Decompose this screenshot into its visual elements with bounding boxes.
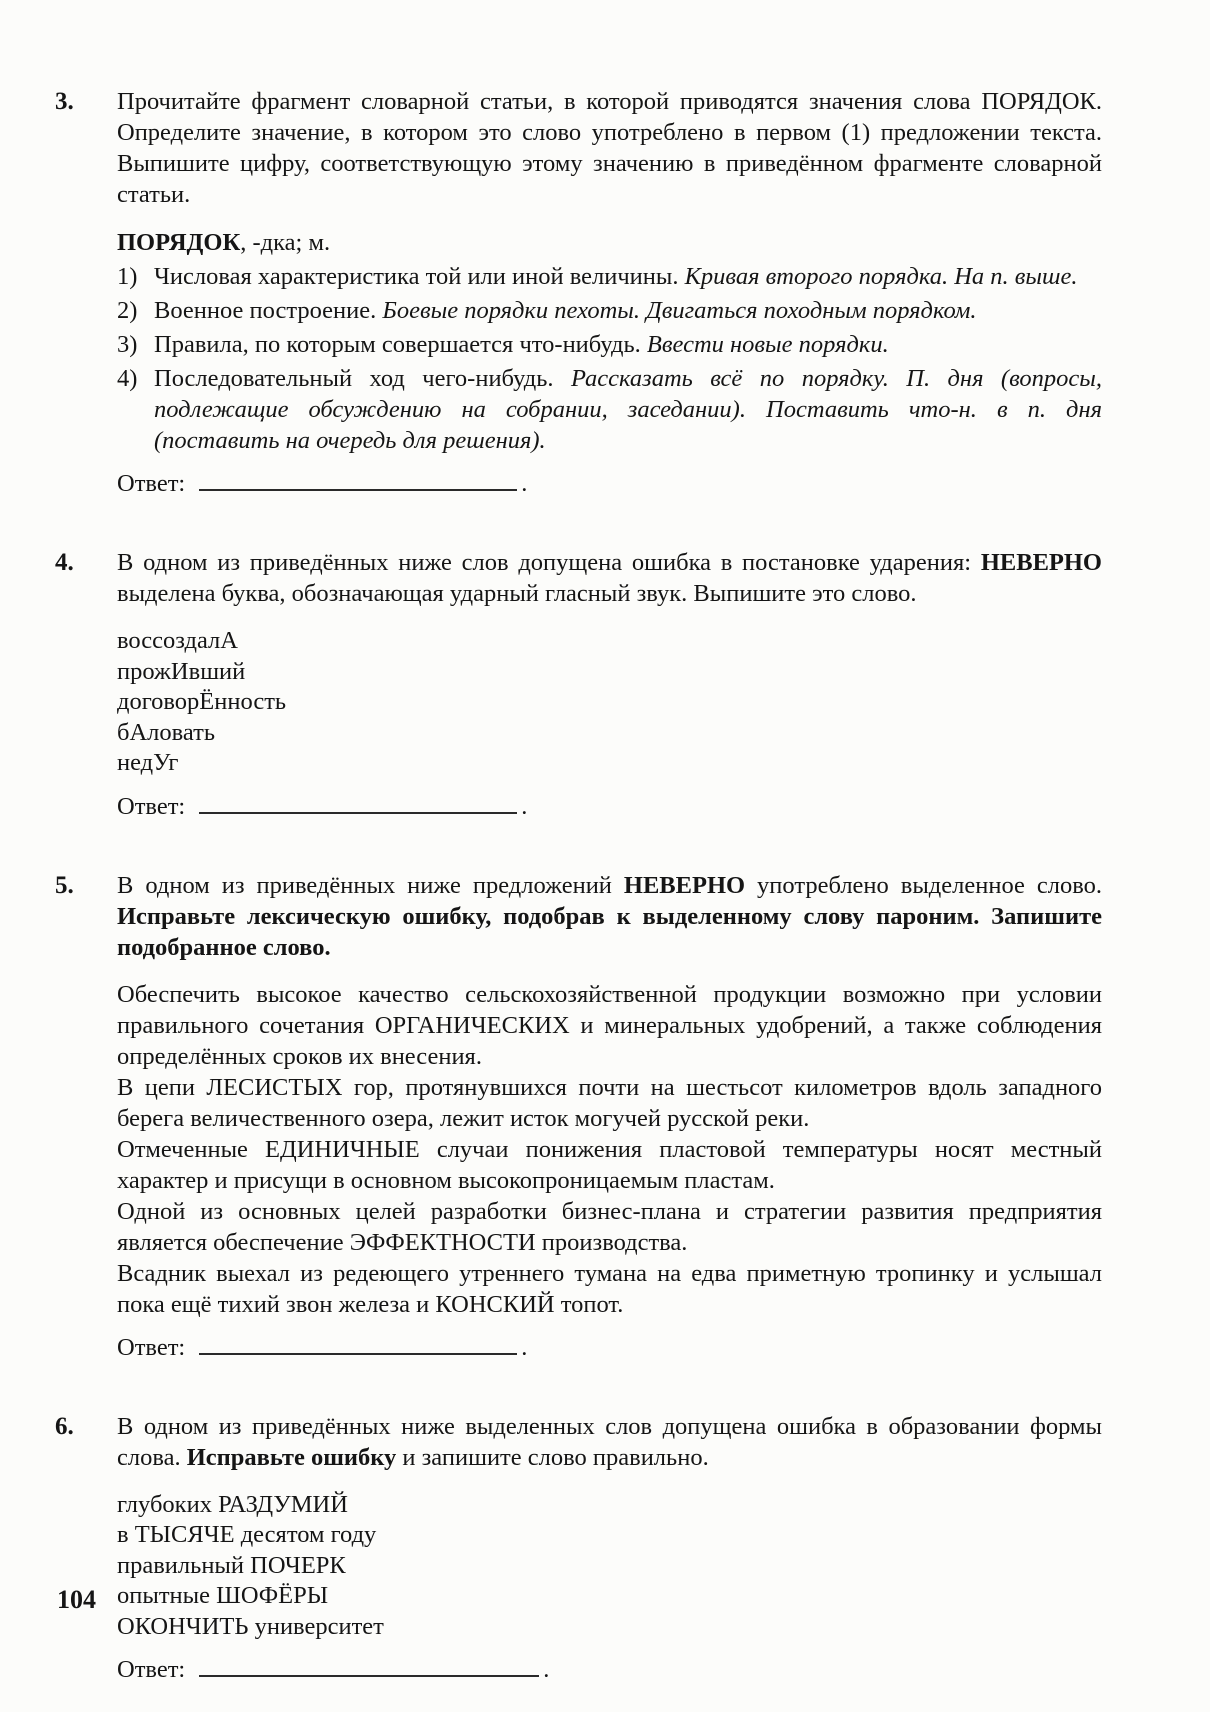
task-4: 4. В одном из приведённых ниже слов допу… xyxy=(55,547,1102,824)
dict-sense-1-example: Кривая второго порядка. На п. выше. xyxy=(685,263,1078,290)
word-item: опытные ШОФЁРЫ xyxy=(117,1581,1102,1612)
dict-sense-4: 4) Последовательный ход чего-нибудь. Рас… xyxy=(117,363,1102,456)
dict-sense-3-text: Правила, по которым совершается что-нибу… xyxy=(154,329,1102,360)
task-5-sentence: Одной из основных целей разработки бизне… xyxy=(117,1196,1102,1258)
word-item: глубоких РАЗДУМИЙ xyxy=(117,1490,1102,1521)
dict-sense-2: 2) Военное построение. Боевые порядки пе… xyxy=(117,295,1102,326)
task-6-answer-row: Ответ: . xyxy=(117,1653,1102,1687)
task-6-intro-post: и запишите слово правильно. xyxy=(396,1444,708,1471)
dict-headword: ПОРЯДОК xyxy=(117,229,240,256)
task-4-intro: В одном из приведённых ниже слов допущен… xyxy=(117,547,1102,609)
task-5-intro-bold1: НЕВЕРНО xyxy=(624,872,745,899)
dict-sense-1: 1) Числовая характеристика той или иной … xyxy=(117,261,1102,292)
task-6-number: 6. xyxy=(55,1411,117,1688)
task-5-intro-bold2: Исправьте лексическую ошибку, подобрав к… xyxy=(117,903,1102,961)
word-item: ОКОНЧИТЬ университет xyxy=(117,1612,1102,1643)
task-4-number: 4. xyxy=(55,547,117,824)
dict-sense-1-number: 1) xyxy=(117,261,154,292)
task-5-answer-label: Ответ: xyxy=(117,1331,185,1365)
task-5-intro-pre: В одном из приведённых ниже предложений xyxy=(117,872,624,899)
dict-sense-3-number: 3) xyxy=(117,329,154,360)
task-3-answer-row: Ответ: . xyxy=(117,467,1102,501)
task-4-answer-blank xyxy=(199,792,517,814)
task-3-answer-blank xyxy=(199,469,517,491)
dict-sense-3-example: Ввести новые порядки. xyxy=(647,331,889,358)
task-4-intro-pre: В одном из приведённых ниже слов допущен… xyxy=(117,549,981,576)
dict-sense-1-text: Числовая характеристика той или иной вел… xyxy=(154,261,1102,292)
dict-sense-2-text: Военное построение. Боевые порядки пехот… xyxy=(154,295,1102,326)
task-5-intro-mid: употреблено выделенное слово. xyxy=(745,872,1102,899)
task-5-intro: В одном из приведённых ниже предложений … xyxy=(117,870,1102,963)
task-4-intro-bold: НЕВЕРНО xyxy=(981,549,1102,576)
word-item: в ТЫСЯЧЕ десятом году xyxy=(117,1520,1102,1551)
exam-page: 3. Прочитайте фрагмент словарной статьи,… xyxy=(0,0,1210,1687)
dict-sense-4-number: 4) xyxy=(117,363,154,456)
task-4-answer-row: Ответ: . xyxy=(117,790,1102,824)
dict-grammar: , -дка; м. xyxy=(240,229,330,256)
task-5-sentence: В цепи ЛЕСИСТЫХ гор, протянувшихся почти… xyxy=(117,1072,1102,1134)
word-item: договорЁнность xyxy=(117,687,1102,718)
task-4-word-list: воссоздалА прожИвший договорЁнность бАло… xyxy=(117,626,1102,779)
task-4-intro-post: выделена буква, обозначающая ударный гла… xyxy=(117,580,917,607)
task-3: 3. Прочитайте фрагмент словарной статьи,… xyxy=(55,86,1102,501)
word-item: воссоздалА xyxy=(117,626,1102,657)
dict-sense-3: 3) Правила, по которым совершается что-н… xyxy=(117,329,1102,360)
task-6-intro-bold: Исправьте ошибку xyxy=(187,1444,397,1471)
task-4-answer-period: . xyxy=(521,790,527,824)
dict-sense-4-text: Последовательный ход чего-нибудь. Расска… xyxy=(154,363,1102,456)
dict-sense-2-example: Боевые порядки пехоты. Двигаться походны… xyxy=(382,297,976,324)
task-5-answer-period: . xyxy=(521,1331,527,1365)
task-5-number: 5. xyxy=(55,870,117,1365)
word-item: правильный ПОЧЕРК xyxy=(117,1551,1102,1582)
task-6-answer-blank xyxy=(199,1655,539,1677)
task-5-answer-row: Ответ: . xyxy=(117,1331,1102,1365)
task-6-intro: В одном из приведённых ниже выделенных с… xyxy=(117,1411,1102,1473)
dict-sense-1-definition: Числовая характеристика той или иной вел… xyxy=(154,263,679,290)
task-5-sentence: Всадник выехал из редеющего утреннего ту… xyxy=(117,1258,1102,1320)
task-5-answer-blank xyxy=(199,1333,517,1355)
task-3-answer-period: . xyxy=(521,467,527,501)
task-3-intro-text: Прочитайте фрагмент словарной статьи, в … xyxy=(117,88,1102,208)
task-6-word-list: глубоких РАЗДУМИЙ в ТЫСЯЧЕ десятом году … xyxy=(117,1490,1102,1643)
task-4-answer-label: Ответ: xyxy=(117,790,185,824)
dict-sense-4-definition: Последовательный ход чего-нибудь. xyxy=(154,365,554,392)
dict-entry-headword: ПОРЯДОК, -дка; м. xyxy=(117,227,1102,258)
task-3-number: 3. xyxy=(55,86,117,501)
dict-sense-2-number: 2) xyxy=(117,295,154,326)
word-item: прожИвший xyxy=(117,657,1102,688)
word-item: недУг xyxy=(117,748,1102,779)
task-6-answer-label: Ответ: xyxy=(117,1653,185,1687)
task-5-sentences: Обеспечить высокое качество сельскохозяй… xyxy=(117,979,1102,1320)
dict-sense-2-definition: Военное построение. xyxy=(154,297,376,324)
dict-sense-3-definition: Правила, по которым совершается что-нибу… xyxy=(154,331,641,358)
task-6-answer-period: . xyxy=(543,1653,549,1687)
task-5-sentence: Обеспечить высокое качество сельскохозяй… xyxy=(117,979,1102,1072)
task-5: 5. В одном из приведённых ниже предложен… xyxy=(55,870,1102,1365)
task-6: 6. В одном из приведённых ниже выделенны… xyxy=(55,1411,1102,1688)
task-3-answer-label: Ответ: xyxy=(117,467,185,501)
word-item: бАловать xyxy=(117,718,1102,749)
task-5-sentence: Отмеченные ЕДИНИЧНЫЕ случаи понижения пл… xyxy=(117,1134,1102,1196)
page-number: 104 xyxy=(57,1585,96,1615)
task-3-intro: Прочитайте фрагмент словарной статьи, в … xyxy=(117,86,1102,210)
